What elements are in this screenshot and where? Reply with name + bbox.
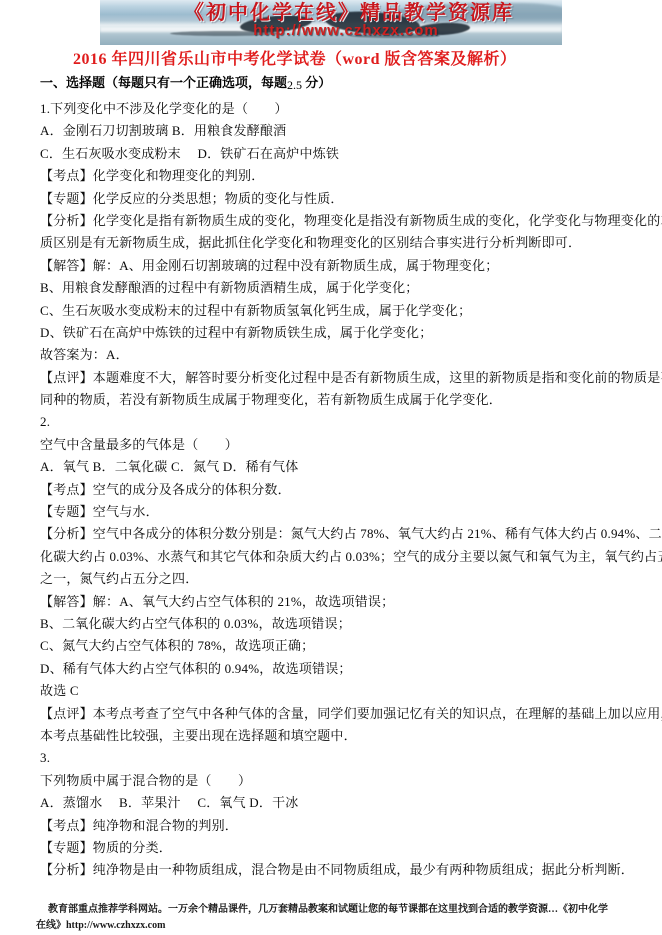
doc-line: 3.	[40, 747, 622, 769]
document-page: 《初中化学在线》精品教学资源库 http://www.czhxzx.com 20…	[0, 0, 662, 935]
doc-line: 本考点基础性比较强，主要出现在选择题和填空题中．	[40, 725, 622, 747]
doc-line: D、稀有气体大约占空气体积的 0.94%，故选项错误；	[40, 658, 622, 680]
page-footer: 教育部重点推荐学科网站。一万余个精品课件，几万套精品教案和试题让您的每节课都在这…	[36, 902, 636, 934]
doc-line: A．氧气 B．二氧化碳 C．氮气 D．稀有气体	[40, 456, 622, 478]
doc-line: 下列物质中属于混合物的是（ ）	[40, 770, 622, 792]
doc-line: 2.	[40, 411, 622, 433]
doc-line: 【分析】空气中各成分的体积分数分别是：氮气大约占 78%、氧气大约占 21%、稀…	[40, 523, 622, 545]
doc-line: 故选 C	[40, 680, 622, 702]
doc-line: C、生石灰吸水变成粉末的过程中有新物质氢氧化钙生成，属于化学变化；	[40, 300, 622, 322]
doc-line: 空气中含量最多的气体是（ ）	[40, 434, 622, 456]
doc-line: A．金刚石刀切割玻璃 B．用粮食发酵酿酒	[40, 120, 622, 142]
section-score: 2.5	[287, 78, 302, 92]
doc-line: B、用粮食发酵酿酒的过程中有新物质酒精生成，属于化学变化；	[40, 277, 622, 299]
doc-line: 【考点】纯净物和混合物的判别．	[40, 815, 622, 837]
doc-line: 1.下列变化中不涉及化学变化的是（ ）	[40, 98, 622, 120]
doc-line: B、二氧化碳大约占空气体积的 0.03%，故选项错误；	[40, 613, 622, 635]
doc-line: 同种的物质，若没有新物质生成属于物理变化，若有新物质生成属于化学变化．	[40, 389, 622, 411]
doc-line: 【解答】解：A、氧气大约占空气体积的 21%，故选项错误；	[40, 591, 622, 613]
doc-body: 1.下列变化中不涉及化学变化的是（ ）A．金刚石刀切割玻璃 B．用粮食发酵酿酒C…	[40, 98, 622, 882]
doc-line: C．生石灰吸水变成粉末 D．铁矿石在高炉中炼铁	[40, 143, 622, 165]
section-heading-prefix: 一、选择题（每题只有一个正确选项，每题	[40, 75, 287, 90]
section-heading-suffix: 分）	[302, 75, 331, 90]
doc-line: C、氮气大约占空气体积的 78%，故选项正确；	[40, 635, 622, 657]
doc-line: 【分析】化学变化是指有新物质生成的变化，物理变化是指没有新物质生成的变化，化学变…	[40, 210, 622, 232]
banner-url: http://www.czhxzx.com	[100, 22, 562, 40]
doc-line: 化碳大约占 0.03%、水蒸气和其它气体和杂质大约占 0.03%；空气的成分主要…	[40, 546, 622, 568]
doc-title: 2016 年四川省乐山市中考化学试卷（word 版含答案及解析）	[73, 49, 662, 71]
footer-line: 教育部重点推荐学科网站。一万余个精品课件，几万套精品教案和试题让您的每节课都在这…	[36, 902, 636, 918]
doc-line: 质区别是有无新物质生成，据此抓住化学变化和物理变化的区别结合事实进行分析判断即可…	[40, 232, 622, 254]
doc-line: A．蒸馏水 B．苹果汁 C．氧气 D．干冰	[40, 792, 622, 814]
doc-line: 【点评】本考点考查了空气中各种气体的含量，同学们要加强记忆有关的知识点，在理解的…	[40, 703, 622, 725]
doc-line: 【考点】化学变化和物理变化的判别．	[40, 165, 622, 187]
doc-line: 【专题】物质的分类．	[40, 837, 622, 859]
doc-line: 【分析】纯净物是由一种物质组成，混合物是由不同物质组成，最少有两种物质组成；据此…	[40, 859, 622, 881]
doc-line: 【解答】解：A、用金刚石切割玻璃的过程中没有新物质生成，属于物理变化；	[40, 255, 622, 277]
doc-line: 【考点】空气的成分及各成分的体积分数．	[40, 479, 622, 501]
doc-line: D、铁矿石在高炉中炼铁的过程中有新物质铁生成，属于化学变化；	[40, 322, 622, 344]
doc-line: 【专题】空气与水．	[40, 501, 622, 523]
doc-line: 【点评】本题难度不大，解答时要分析变化过程中是否有新物质生成，这里的新物质是指和…	[40, 367, 622, 389]
site-banner: 《初中化学在线》精品教学资源库 http://www.czhxzx.com	[100, 0, 562, 45]
section-heading: 一、选择题（每题只有一个正确选项，每题2.5 分）	[40, 73, 662, 95]
doc-line: 【专题】化学反应的分类思想；物质的变化与性质．	[40, 188, 622, 210]
footer-line: 在线》http://www.czhxzx.com	[36, 918, 636, 934]
doc-line: 故答案为：A．	[40, 344, 622, 366]
doc-line: 之一，氮气约占五分之四．	[40, 568, 622, 590]
